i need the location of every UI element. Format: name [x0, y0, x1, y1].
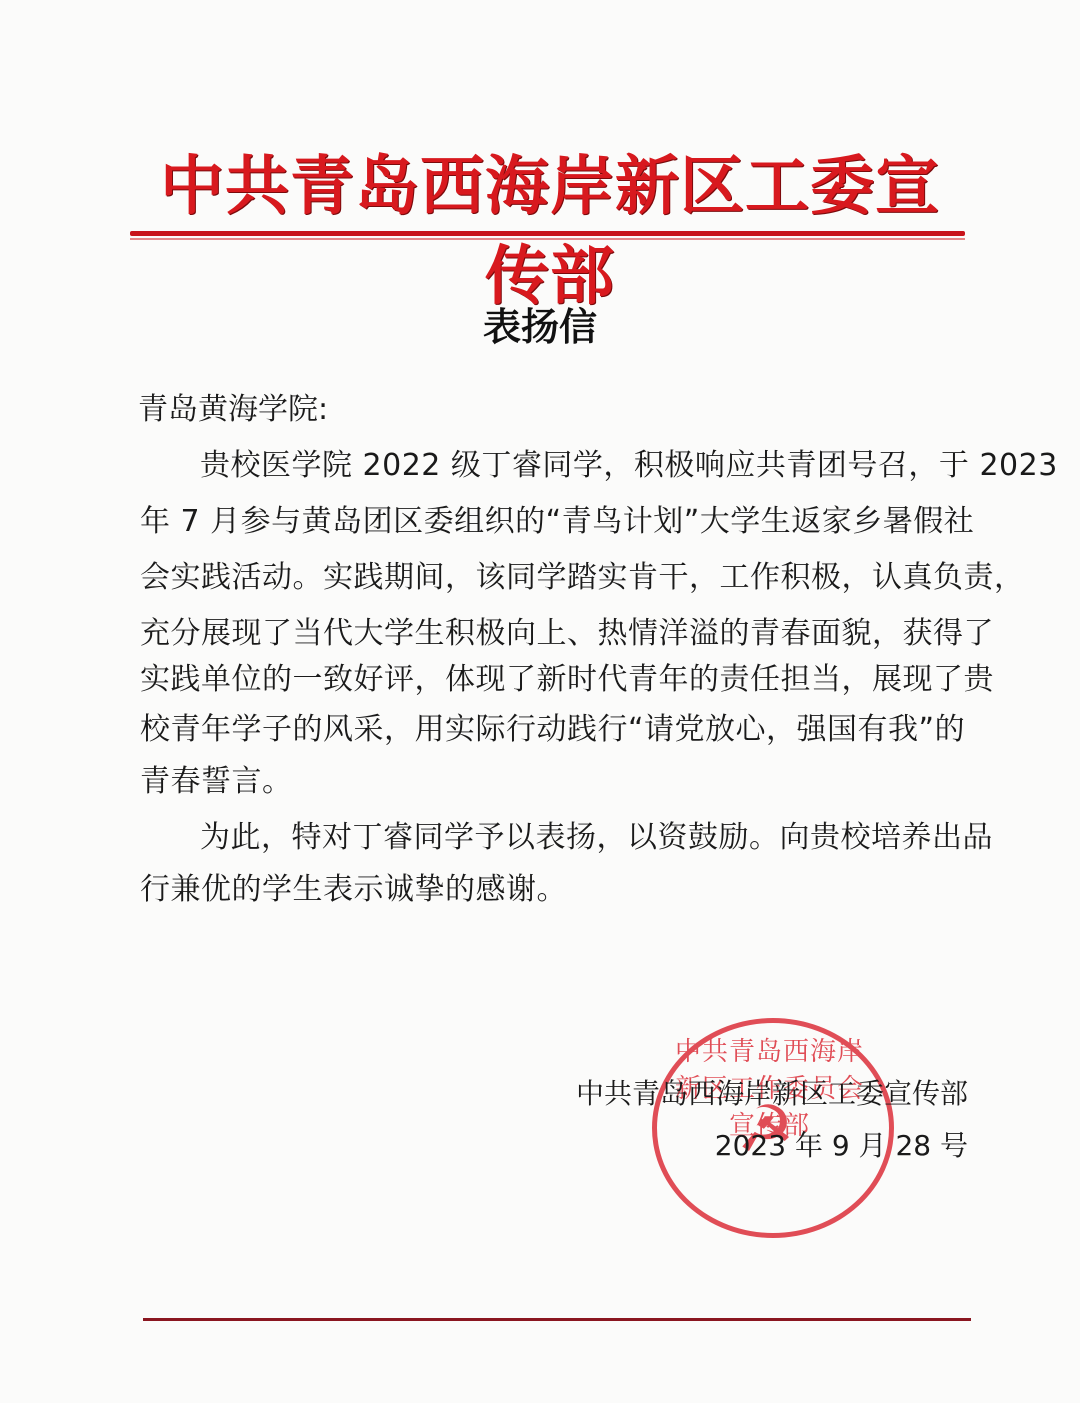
- paragraph-1-line: 青春誓言。: [140, 756, 970, 800]
- document-title: 表扬信: [0, 296, 1080, 351]
- paragraph-1-line: 贵校医学院 2022 级丁睿同学，积极响应共青团号召，于 2023: [200, 440, 1030, 484]
- signature-date: 2023 年 9 月 28 号: [715, 1124, 968, 1164]
- paragraph-2-line: 为此，特对丁睿同学予以表扬，以资鼓励。向贵校培养出品: [200, 812, 1030, 856]
- letter-page: 中共青岛西海岸新区工委宣传部 表扬信 青岛黄海学院: 贵校医学院 2022 级丁…: [0, 0, 1080, 1403]
- letterhead-red-rule-thin: [130, 238, 965, 240]
- paragraph-2-line: 行兼优的学生表示诚挚的感谢。: [140, 864, 970, 908]
- paragraph-1-line: 充分展现了当代大学生积极向上、热情洋溢的青春面貌，获得了: [140, 608, 970, 652]
- paragraph-1-line: 实践单位的一致好评，体现了新时代青年的责任担当，展现了贵: [140, 654, 970, 698]
- letterhead-red-rule: [130, 231, 965, 236]
- paragraph-1-line: 会实践活动。实践期间，该同学踏实肯干，工作积极，认真负责，: [140, 552, 970, 596]
- paragraph-1-line: 年 7 月参与黄岛团区委组织的“青鸟计划”大学生返家乡暑假社: [140, 496, 970, 540]
- paragraph-1-line: 校青年学子的风采，用实际行动践行“请党放心，强国有我”的: [140, 704, 970, 748]
- footer-rule: [143, 1318, 971, 1321]
- signature-organization: 中共青岛西海岸新区工委宣传部: [576, 1072, 968, 1112]
- salutation: 青岛黄海学院:: [138, 384, 328, 428]
